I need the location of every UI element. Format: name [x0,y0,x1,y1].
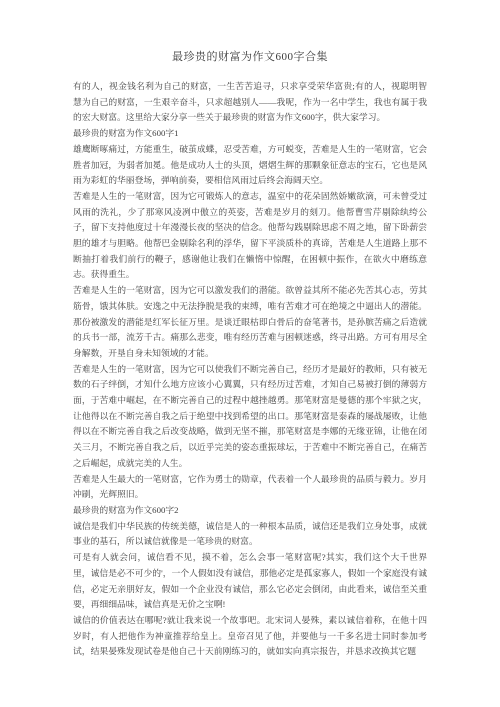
paragraph: 苦难是人生的一笔财富，因为它可锻炼人的意志，温室中的花朵固然娇嫩欲滴，可未曾受过… [73,189,427,283]
document-title: 最珍贵的财富为作文600字合集 [73,50,427,64]
paragraph: 诚信的价值表达在哪呢?就让我来说一个故事吧。北宋词人晏殊，素以诚信着称，在他十四… [73,613,427,660]
paragraph: 可是有人就会问，诚信看不见，摸不着，怎么会事一笔财富呢?其实，我们这个大千世界里… [73,550,427,613]
intro-paragraph: 有的人，视金钱名利为自己的财富，一生苦苦追寻，只求享受荣华富贵;有的人，视聪明智… [73,79,427,126]
document-page: 最珍贵的财富为作文600字合集 有的人，视金钱名利为自己的财富，一生苦苦追寻，只… [0,0,500,707]
paragraph: 苦难是人生的一笔财富，因为它可以使我们不断完善自己，经历才是最好的教师，只有被无… [73,362,427,472]
paragraph: 苦难是人生的一笔财富，因为它可以激发我们的潜能。欲曾益其所不能必先苦其心志，劳其… [73,283,427,362]
section-heading-2: 最珍贵的财富为作文600字2 [73,503,427,519]
section-heading-1: 最珍贵的财富为作文600字1 [73,126,427,142]
paragraph: 苦难是人生最大的一笔财富，它作为勇士的勋章，代表着一个人最珍贵的品质与毅力。岁月… [73,472,427,503]
paragraph: 诚信是我们中华民族的传统美德，诚信是人的一种根本品质，诚信还是我们立身处事，成就… [73,519,427,550]
document-content: 最珍贵的财富为作文600字合集 有的人，视金钱名利为自己的财富，一生苦苦追寻，只… [73,0,427,660]
paragraph: 雄鹰断啄痛过，方能重生，破茧成蝶，忍受苦难，方可蜕变，苦难是人生的一笔财富，它会… [73,142,427,189]
